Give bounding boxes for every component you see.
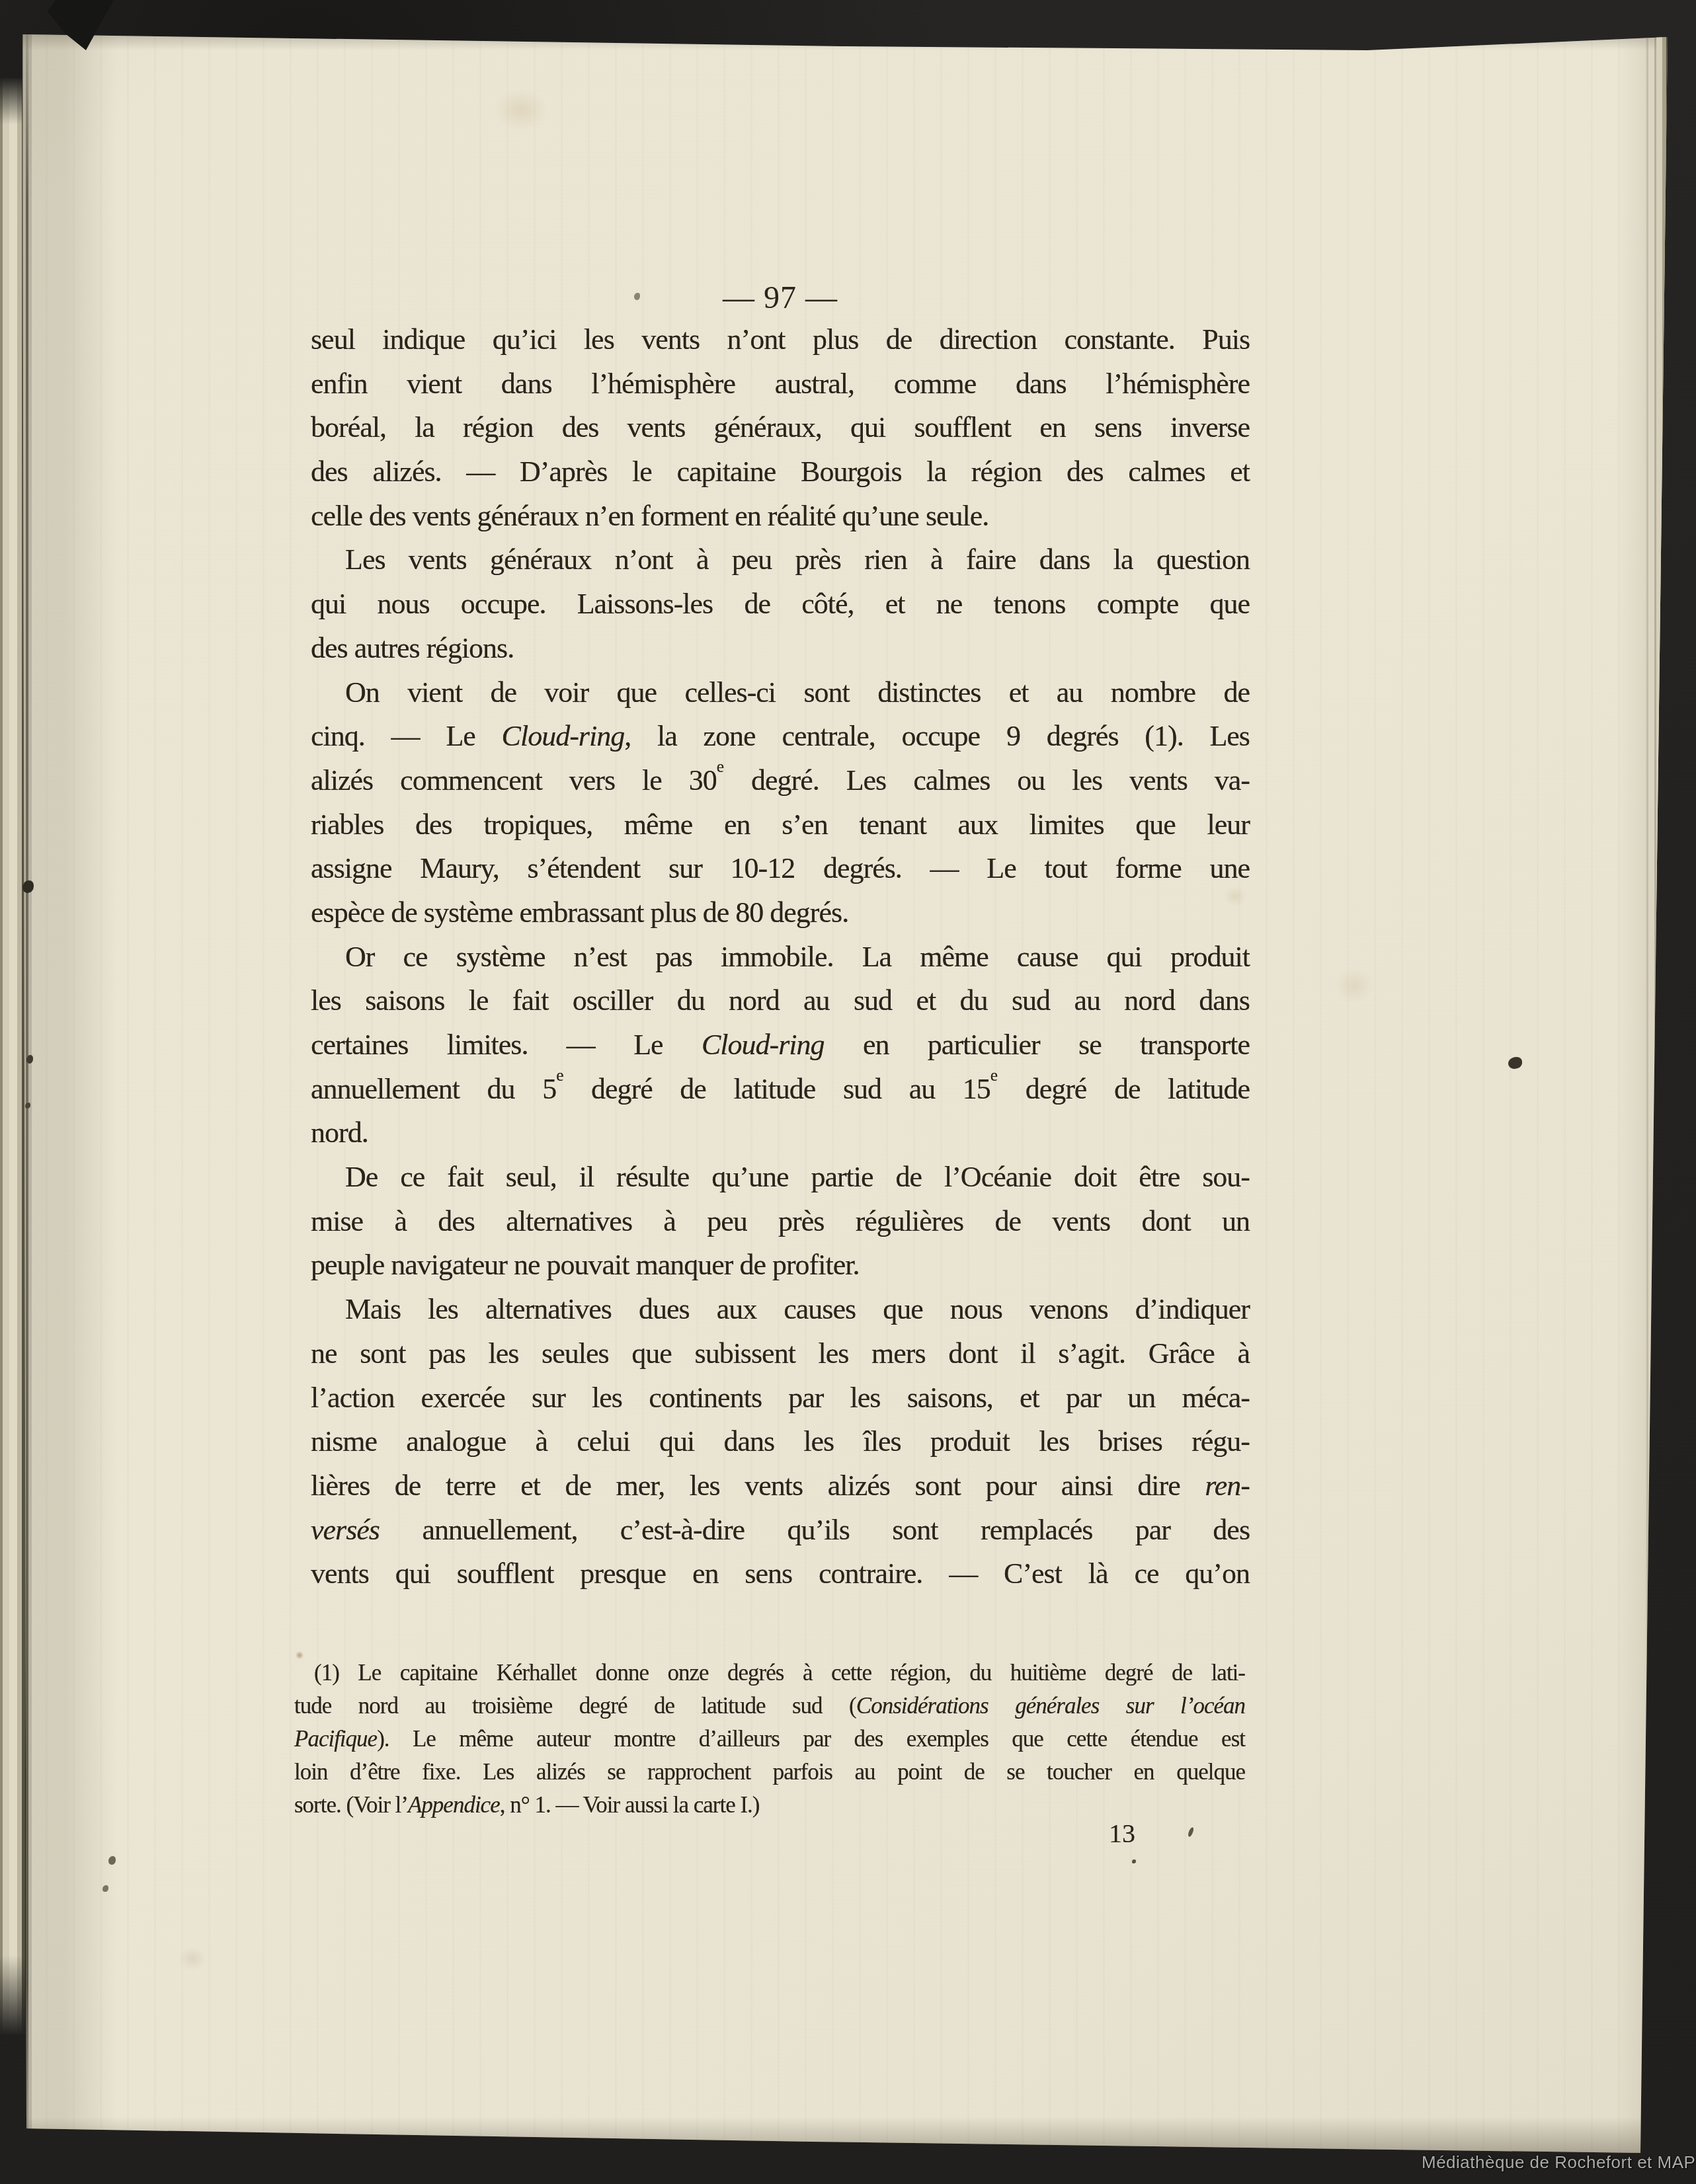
library-watermark: Médiathèque de Rochefort et MAP (1422, 2152, 1695, 2173)
text-line: des alizés. — D’après le capitaine Bourg… (311, 450, 1250, 494)
text-line: cinq. — Le Cloud-ring, la zone centrale,… (311, 715, 1250, 759)
gutter-crease (26, 30, 28, 2156)
text-line: nord. (311, 1111, 1250, 1155)
text-line: riables des tropiques, même en s’en tena… (311, 803, 1250, 847)
text-line: Les vents généraux n’ont à peu près rien… (311, 538, 1250, 582)
text-line: De ce fait seul, il résulte qu’une parti… (311, 1155, 1250, 1200)
italic-text: Pacifique (294, 1726, 377, 1752)
superscript: e (990, 1066, 998, 1085)
text-line: l’action exercée sur les continents par … (311, 1376, 1250, 1421)
text-line: Or ce système n’est pas immobile. La mêm… (311, 935, 1250, 980)
text-line: annuellement du 5e degré de latitude sud… (311, 1068, 1250, 1112)
footnote-line: Pacifique). Le même auteur montre d’aill… (294, 1723, 1245, 1756)
text-line: mise à des alternatives à peu près régul… (311, 1200, 1250, 1244)
italic-text: ren- (1205, 1469, 1250, 1502)
text-line: assigne Maury, s’étendent sur 10-12 degr… (311, 847, 1250, 891)
text-line: certaines limites. — Le Cloud-ring en pa… (311, 1023, 1250, 1068)
footnote-line: tude nord au troisième degré de latitude… (294, 1690, 1245, 1723)
italic-text: versés (311, 1514, 380, 1546)
text-line: lières de terre et de mer, les vents ali… (311, 1464, 1250, 1508)
page-edge-stack-right (1638, 30, 1669, 2156)
text-line: espèce de système embrassant plus de 80 … (311, 891, 1250, 935)
italic-text: Cloud-ring (502, 720, 625, 752)
footnote-text: (1) Le capitaine Kérhallet donne onze de… (294, 1657, 1245, 1822)
page-number-header: — 97 — (311, 278, 1250, 319)
text-line: des autres régions. (311, 627, 1250, 671)
superscript: e (717, 757, 724, 776)
italic-text: Appendice (408, 1792, 500, 1818)
footnote-line: (1) Le capitaine Kérhallet donne onze de… (294, 1657, 1245, 1690)
text-line: seul indique qu’ici les vents n’ont plus… (311, 318, 1250, 362)
text-line: alizés commencent vers le 30e degré. Les… (311, 759, 1250, 803)
body-text: seul indique qu’ici les vents n’ont plus… (311, 318, 1250, 1596)
text-line: nisme analogue à celui qui dans les îles… (311, 1420, 1250, 1464)
footnote-line: sorte. (Voir l’Appendice, n° 1. — Voir a… (294, 1789, 1245, 1822)
footnote-line: loin d’être fixe. Les alizés se rapproch… (294, 1756, 1245, 1789)
text-line: vents qui soufflent presque en sens cont… (311, 1552, 1250, 1596)
book-page: — 97 — seul indique qu’ici les vents n’o… (19, 30, 1669, 2156)
text-line: Mais les alternatives dues aux causes qu… (311, 1288, 1250, 1332)
text-line: qui nous occupe. Laissons-les de côté, e… (311, 582, 1250, 627)
text-line: boréal, la région des vents généraux, qu… (311, 406, 1250, 450)
text-line: enfin vient dans l’hémisphère austral, c… (311, 362, 1250, 407)
text-line: ne sont pas les seules que subissent les… (311, 1332, 1250, 1376)
scan-background: — 97 — seul indique qu’ici les vents n’o… (0, 0, 1696, 2184)
text-line: celle des vents généraux n’en forment en… (311, 494, 1250, 539)
italic-text: Cloud-ring (702, 1029, 825, 1061)
italic-text: Considérations générales sur l’océan (856, 1693, 1245, 1719)
signature-mark: 13 (1109, 1818, 1135, 1849)
superscript: e (556, 1066, 563, 1085)
text-line: versés annuellement, c’est-à-dire qu’ils… (311, 1508, 1250, 1553)
text-line: On vient de voir que celles-ci sont dist… (311, 671, 1250, 715)
text-line: les saisons le fait osciller du nord au … (311, 979, 1250, 1023)
text-line: peuple navigateur ne pouvait manquer de … (311, 1243, 1250, 1288)
